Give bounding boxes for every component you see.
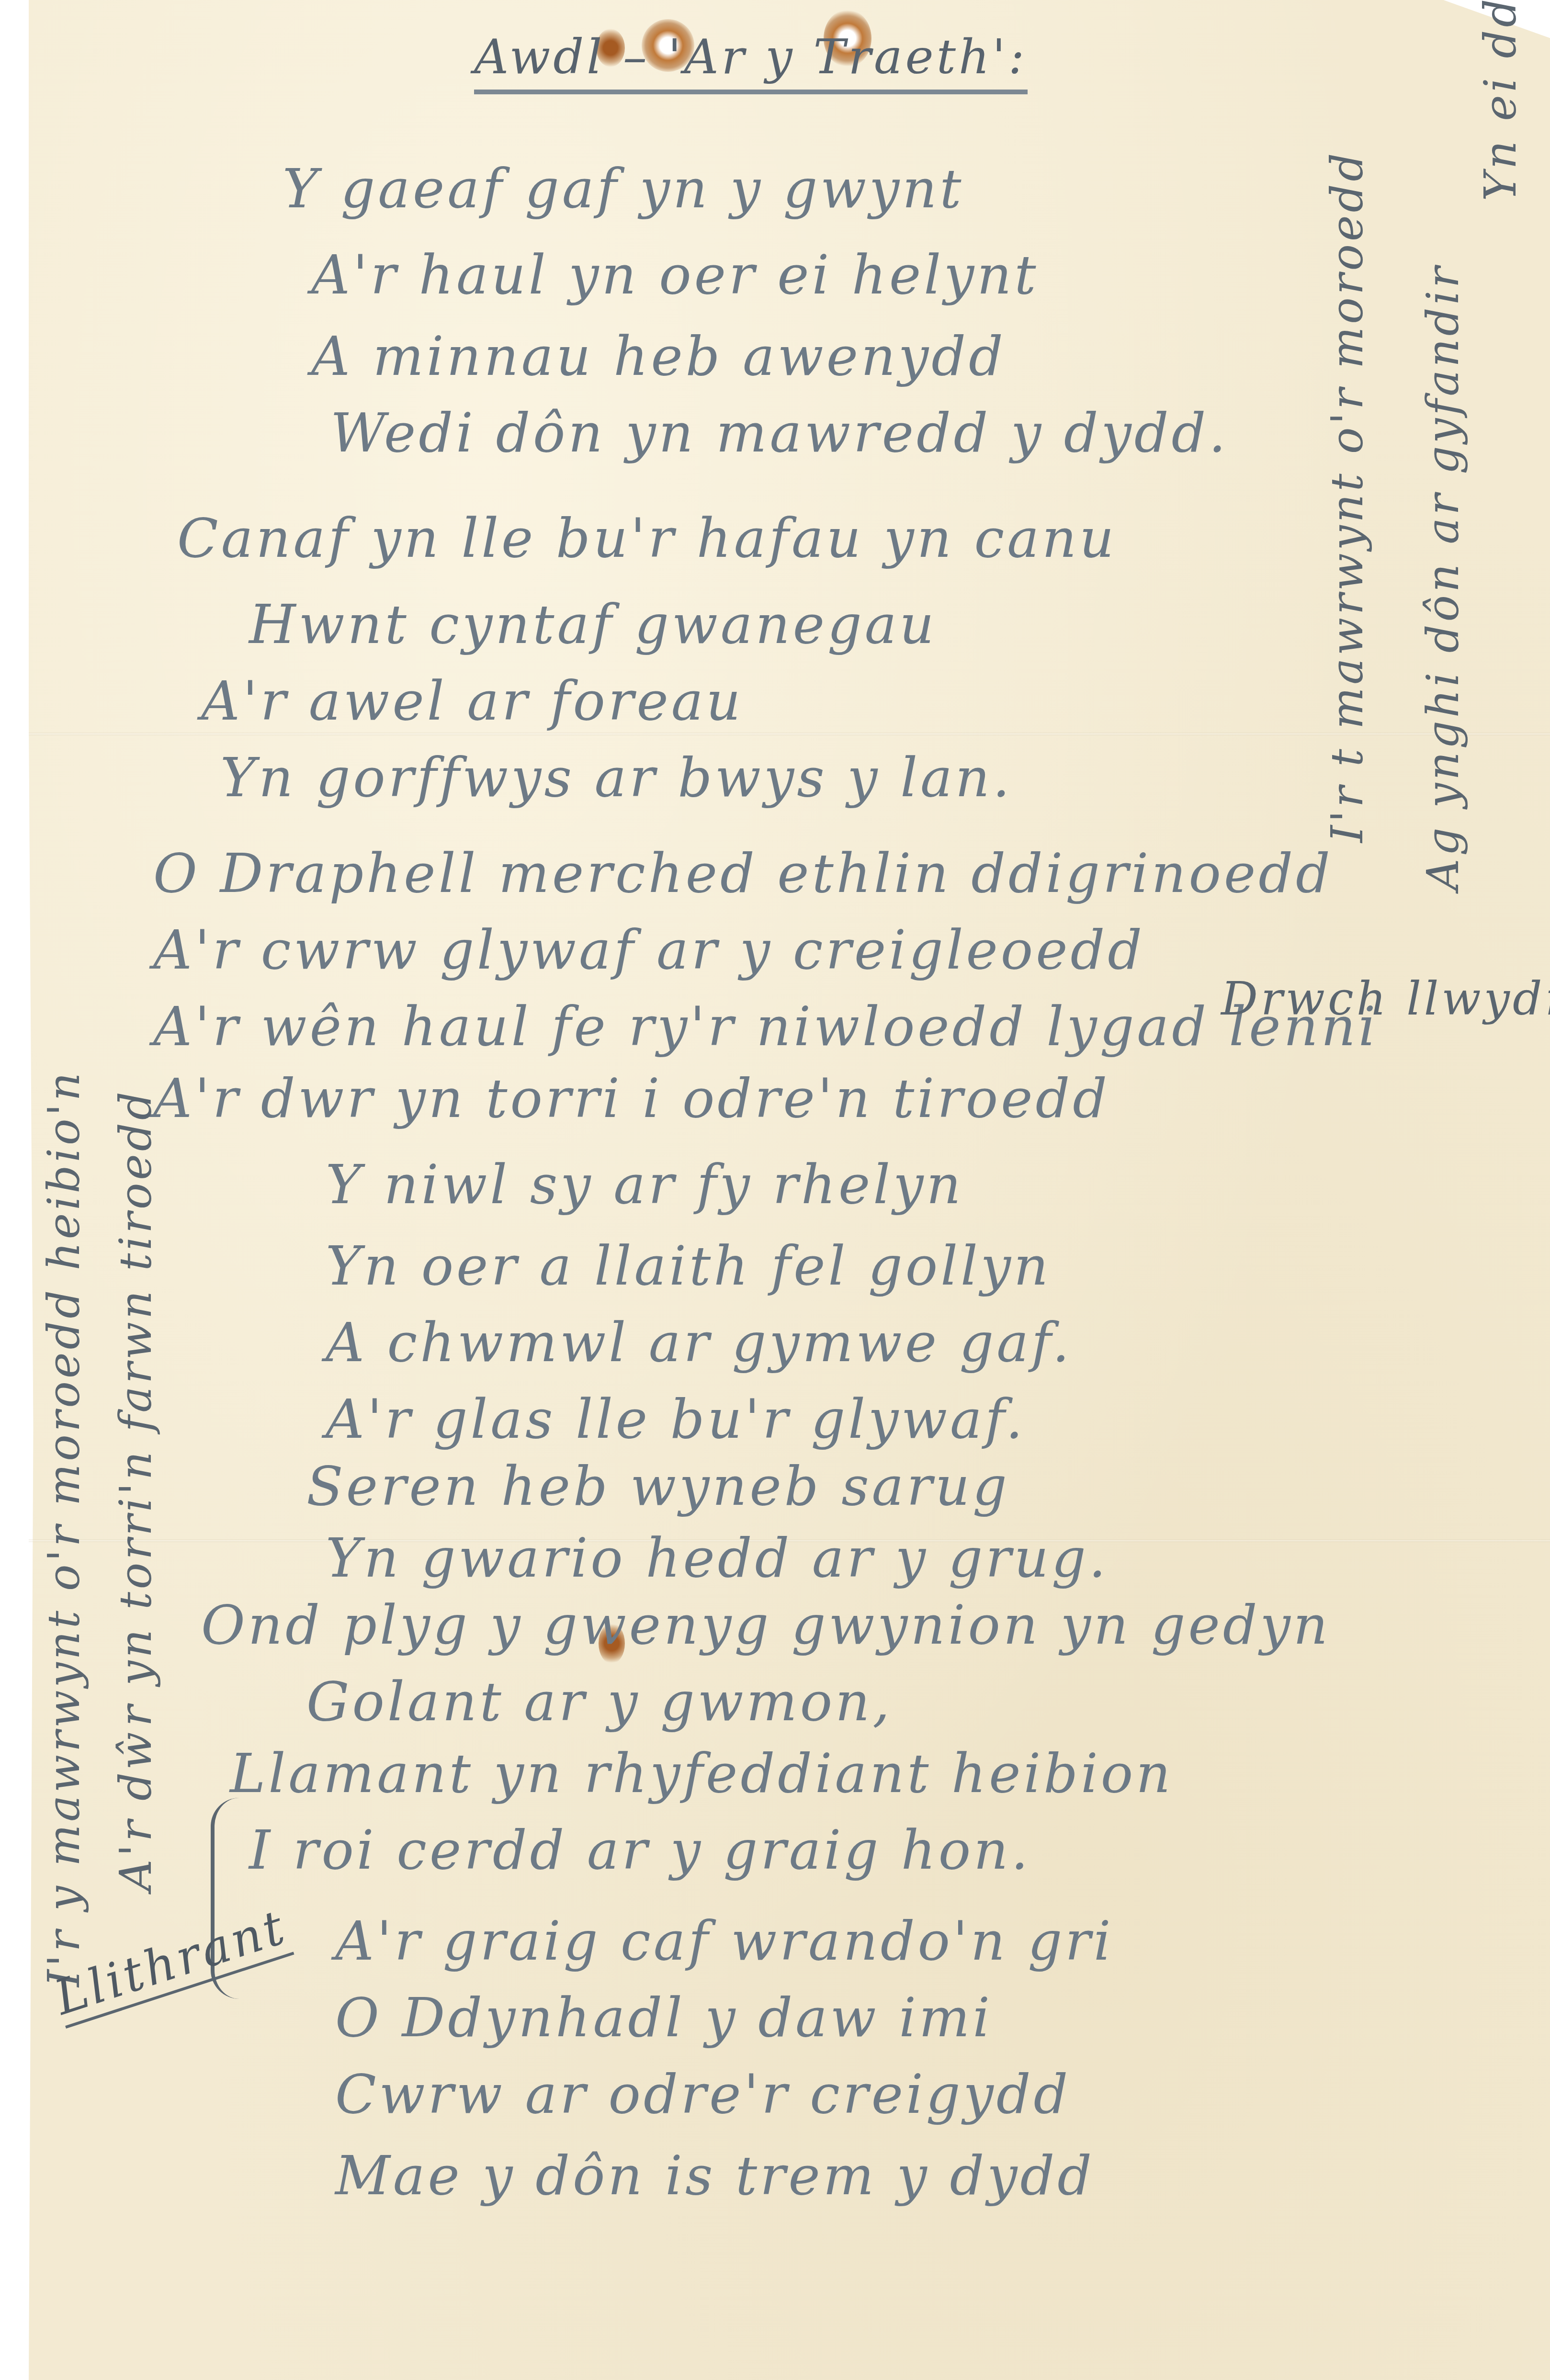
poem-line: Wedi dôn yn mawredd y dydd. xyxy=(330,402,1229,464)
poem-line: A'r graig caf wrando'n gri xyxy=(335,1910,1114,1973)
poem-line: A'r cwrw glywaf ar y creigleoedd xyxy=(153,919,1145,981)
poem-line: A'r awel ar foreau xyxy=(201,670,744,733)
poem-title: Awdl – 'Ar y Traeth': xyxy=(474,29,1028,94)
poem-line: Ond plyg y gwenyg gwynion yn gedyn xyxy=(201,1594,1331,1657)
poem-line: Yn gwario hedd ar y grug. xyxy=(326,1527,1109,1590)
poem-line: Hwnt cyntaf gwanegau xyxy=(249,594,937,656)
poem-line: A chwmwl ar gymwe gaf. xyxy=(326,1312,1072,1374)
margin-note-right: Ag ynghi dôn ar gyfandir xyxy=(1417,264,1469,891)
poem-line: Cwrw ar odre'r creigydd xyxy=(335,2064,1071,2126)
inline-insert: Drwch llwydni xyxy=(1221,972,1550,1026)
poem-line: O Ddynhadl y daw imi xyxy=(335,1987,993,2049)
poem-line: Llamant yn rhyfeddiant heibion xyxy=(230,1743,1173,1805)
poem-line: Y niwl sy ar fy rhelyn xyxy=(326,1154,964,1216)
poem-line: A'r dwr yn torri i odre'n tiroedd xyxy=(153,1068,1110,1130)
poem-line: A'r glas lle bu'r glywaf. xyxy=(326,1388,1026,1451)
poem-line: Yn gorffwys ar bwys y lan. xyxy=(220,747,1013,809)
margin-note-right: I'r t mawrwynt o'r moroedd xyxy=(1322,150,1373,843)
margin-note-left: A'r dŵr yn torri'n farwn tiroedd xyxy=(110,1089,161,1891)
poem-line: O Draphell merched ethlin ddigrinoedd xyxy=(153,843,1333,905)
poem-line: I roi cerdd ar y graig hon. xyxy=(249,1819,1031,1882)
poem-line: A minnau heb awenydd xyxy=(311,326,1006,388)
poem-line: A'r wên haul fe ry'r niwloedd lygad lenn… xyxy=(153,996,1379,1058)
poem-line: Y gaeaf gaf yn y gwynt xyxy=(283,158,964,220)
poem-line: Seren heb wyneb sarug xyxy=(306,1455,1010,1518)
poem-line: Canaf yn lle bu'r hafau yn canu xyxy=(177,508,1117,570)
poem-line: Mae y dôn is trem y dydd xyxy=(335,2145,1095,2207)
margin-note-left: I'r y mawrwynt o'r moroedd heibio'n xyxy=(38,1070,90,1987)
poem-line: Golant ar y gwmon, xyxy=(306,1671,893,1733)
margin-note-right: Yn ei ddôr xyxy=(1475,0,1526,201)
poem-line: A'r haul yn oer ei helynt xyxy=(311,244,1039,306)
poem-line: Yn oer a llaith fel gollyn xyxy=(326,1235,1051,1297)
